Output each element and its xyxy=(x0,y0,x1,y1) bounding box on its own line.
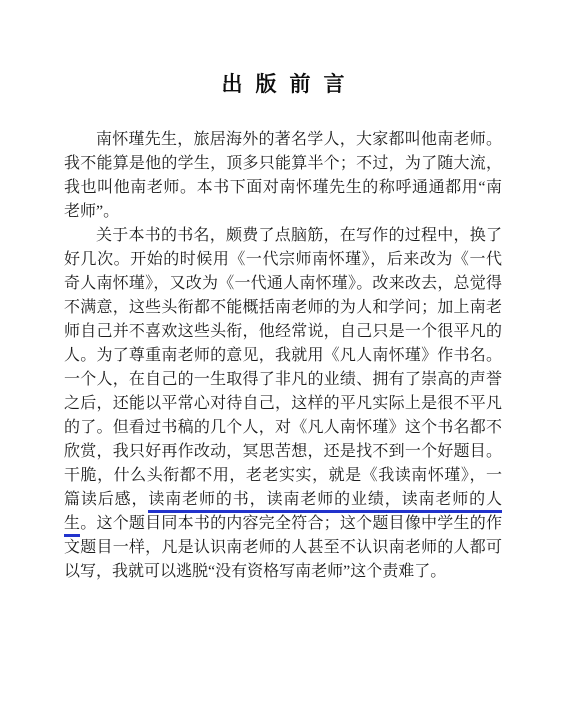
paragraph-2: 关于本书的书名，颇费了点脑筋，在写作的过程中，换了好几次。开始的时候用《一代宗师… xyxy=(64,224,502,584)
paragraph-1: 南怀瑾先生，旅居海外的著名学人，大家都叫他南老师。我不能算是他的学生，顶多只能算… xyxy=(64,128,502,224)
document-page: 出版前言 南怀瑾先生，旅居海外的著名学人，大家都叫他南老师。我不能算是他的学生，… xyxy=(0,0,566,712)
paragraph-2-text-before: 关于本书的书名，颇费了点脑筋，在写作的过程中，换了好几次。开始的时候用《一代宗师… xyxy=(64,227,502,508)
page-title: 出版前言 xyxy=(0,0,566,98)
preface-body: 南怀瑾先生，旅居海外的著名学人，大家都叫他南老师。我不能算是他的学生，顶多只能算… xyxy=(64,128,502,584)
paragraph-2-text-after: 。这个题目同本书的内容完全符合；这个题目像中学生的作文题目一样，凡是认识南老师的… xyxy=(64,515,502,580)
paragraph-1-text: 南怀瑾先生，旅居海外的著名学人，大家都叫他南老师。我不能算是他的学生，顶多只能算… xyxy=(64,131,502,220)
